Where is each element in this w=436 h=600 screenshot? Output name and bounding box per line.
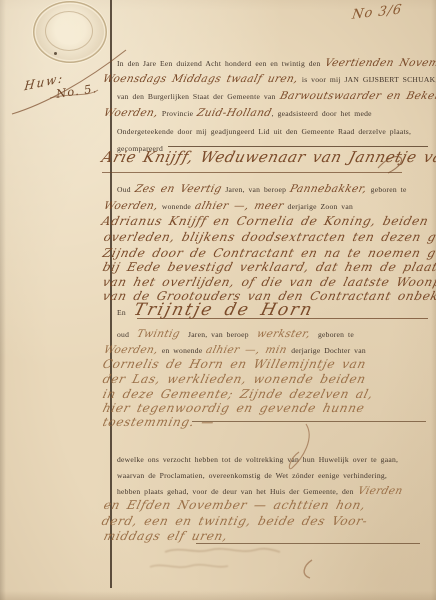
printed-text: van den Burgerlijken Staat der Gemeente … bbox=[117, 92, 276, 101]
handwritten-text: werkster, bbox=[255, 329, 311, 340]
fill-in-rule bbox=[196, 543, 420, 544]
printed-text: waarvan de Proclamatien, overeenkomstig … bbox=[117, 471, 387, 480]
groom-name-line: Arie Knijff, Weduwenaar van Jannetje van… bbox=[102, 150, 436, 166]
name-underline bbox=[102, 172, 402, 173]
handwritten-text: middags elf uren, bbox=[103, 530, 230, 542]
printed-text: Ondergeteekende door mij geadjungeerd Li… bbox=[117, 127, 411, 136]
printed-text: is voor mij JAN GIJSBERT SCHUAK, Schout,… bbox=[302, 75, 436, 84]
handwritten-bride-name: Trijntje de Horn bbox=[132, 302, 315, 319]
doc-line: der Las, werklieden, wonende beiden bbox=[103, 371, 366, 387]
bleedthrough-marks bbox=[165, 549, 280, 552]
doc-line: dewelke ons verzocht hebben tot de voltr… bbox=[117, 450, 398, 466]
handwritten-text: Pannebakker, bbox=[289, 184, 368, 195]
printed-text: en wonende bbox=[162, 346, 203, 355]
handwritten-text: Woerden, bbox=[103, 201, 159, 212]
printed-text: wonende bbox=[162, 202, 191, 211]
doc-line: Cornelis de Horn en Willemijntje van bbox=[103, 356, 366, 372]
doc-line: oud Twintig Jaren, van beroep werkster, … bbox=[117, 325, 354, 341]
doc-line: toestemming. — bbox=[103, 414, 214, 430]
doc-line: overleden, blijkens doodsextracten ten d… bbox=[104, 229, 436, 245]
handwritten-text: bij Eede bevestigd verklaard, dat hem de… bbox=[102, 261, 436, 273]
handwritten-text: Barwoutswaarder en Bekenes bbox=[278, 91, 436, 102]
ink-speck bbox=[54, 52, 57, 55]
handwritten-text: en Elfden November — achttien hon, bbox=[103, 499, 368, 511]
doc-line: Oud Zes en Veertig Jaren, van beroep Pan… bbox=[117, 180, 407, 196]
printed-text: Jaren, van beroep bbox=[225, 185, 286, 194]
handwritten-text: Zes en Veertig bbox=[134, 184, 223, 195]
doc-line: Woerden, Provincie Zuid-Holland, geadsis… bbox=[104, 104, 372, 120]
handwritten-text: Vierden bbox=[356, 486, 403, 497]
printed-text: Provincie bbox=[162, 109, 193, 118]
handwritten-text: hier tegenwoordig en gevende hunne bbox=[102, 402, 367, 414]
doc-line: hebben plaats gehad, voor de deur van he… bbox=[117, 482, 402, 498]
scanned-marriage-certificate: No 3/6 Huw: No. 5. In den Jare Een duize… bbox=[0, 0, 436, 600]
doc-line: Ondergeteekende door mij geadjungeerd Li… bbox=[117, 122, 411, 138]
handwritten-text: overleden, blijkens doodsextracten ten d… bbox=[103, 231, 436, 243]
printed-text: Jaren, van beroep bbox=[188, 330, 249, 339]
fill-in-rule bbox=[192, 421, 426, 422]
handwritten-text: Twintig bbox=[136, 329, 181, 340]
fill-in-rule bbox=[168, 146, 428, 147]
printed-text: hebben plaats gehad, voor de deur van he… bbox=[117, 487, 354, 496]
doc-line: Woerden, en wonende alhier —, min derjar… bbox=[104, 341, 366, 357]
handwritten-text: Woensdags Middags twaalf uren, bbox=[102, 74, 299, 85]
printed-text: Oud bbox=[117, 185, 131, 194]
handwritten-text: Veertienden November bbox=[323, 58, 436, 69]
handwritten-text: Woerden, bbox=[103, 345, 159, 356]
handwritten-text: Zuid-Holland bbox=[196, 108, 273, 119]
bride-name-line: En Trijntje de Horn bbox=[117, 302, 313, 319]
handwritten-text: alhier —, min bbox=[205, 345, 288, 356]
doc-line: middags elf uren, bbox=[104, 528, 228, 544]
doc-line: waarvan de Proclamatien, overeenkomstig … bbox=[117, 466, 387, 482]
embossed-seal-inner-ring bbox=[45, 11, 93, 51]
doc-line: Adrianus Knijff en Cornelia de Koning, b… bbox=[102, 213, 428, 229]
printed-text: derjarige Dochter van bbox=[291, 346, 366, 355]
printed-text: , geadsisteerd door het mede bbox=[272, 109, 372, 118]
handwritten-text: alhier —, meer bbox=[194, 201, 285, 212]
printed-text: geboren te bbox=[371, 185, 407, 194]
handwritten-text: in deze Gemeente; Zijnde dezelven al, bbox=[102, 388, 375, 400]
doc-line: derd, een en twintig, beide des Voor- bbox=[102, 513, 368, 529]
folio-number: No 3/6 bbox=[351, 2, 403, 23]
doc-line: van den Burgerlijken Staat der Gemeente … bbox=[117, 87, 436, 103]
printed-text: oud bbox=[117, 330, 129, 339]
printed-text: En bbox=[117, 308, 126, 317]
handwritten-groom-name: Arie Knijff, Weduwenaar van Jannetje van… bbox=[100, 150, 436, 165]
printed-text: geboren te bbox=[318, 330, 354, 339]
printed-text: derjarige Zoon van bbox=[288, 202, 353, 211]
handwritten-text: Zijnde door de Contractant en na te noem… bbox=[102, 247, 436, 259]
doc-line: Woensdags Middags twaalf uren, is voor m… bbox=[103, 70, 436, 86]
handwritten-text: derd, een en twintig, beide des Voor- bbox=[101, 515, 370, 527]
doc-line: Woerden, wonende alhier —, meer derjarig… bbox=[104, 197, 353, 213]
doc-line: In den Jare Een duizend Acht honderd een… bbox=[117, 54, 436, 70]
handwritten-text: toestemming. — bbox=[102, 416, 216, 428]
bleedthrough-marks bbox=[150, 565, 228, 567]
bleedthrough-hook-mark bbox=[304, 560, 312, 578]
handwritten-text: van het overlijden, of die van de laatst… bbox=[102, 276, 436, 288]
handwritten-text: der Las, werklieden, wonende beiden bbox=[102, 373, 368, 385]
printed-text: dewelke ons verzocht hebben tot de voltr… bbox=[117, 455, 398, 464]
embossed-seal bbox=[33, 1, 107, 63]
name-underline bbox=[137, 318, 428, 319]
doc-line: en Elfden November — achttien hon, bbox=[104, 497, 366, 513]
handwritten-text: Cornelis de Horn en Willemijntje van bbox=[102, 358, 368, 370]
doc-line: bij Eede bevestigd verklaard, dat hem de… bbox=[103, 259, 436, 275]
handwritten-text: Woerden, bbox=[103, 108, 159, 119]
printed-text: In den Jare Een duizend Acht honderd een… bbox=[117, 59, 321, 68]
handwritten-text: Adrianus Knijff en Cornelia de Koning, b… bbox=[101, 215, 430, 227]
